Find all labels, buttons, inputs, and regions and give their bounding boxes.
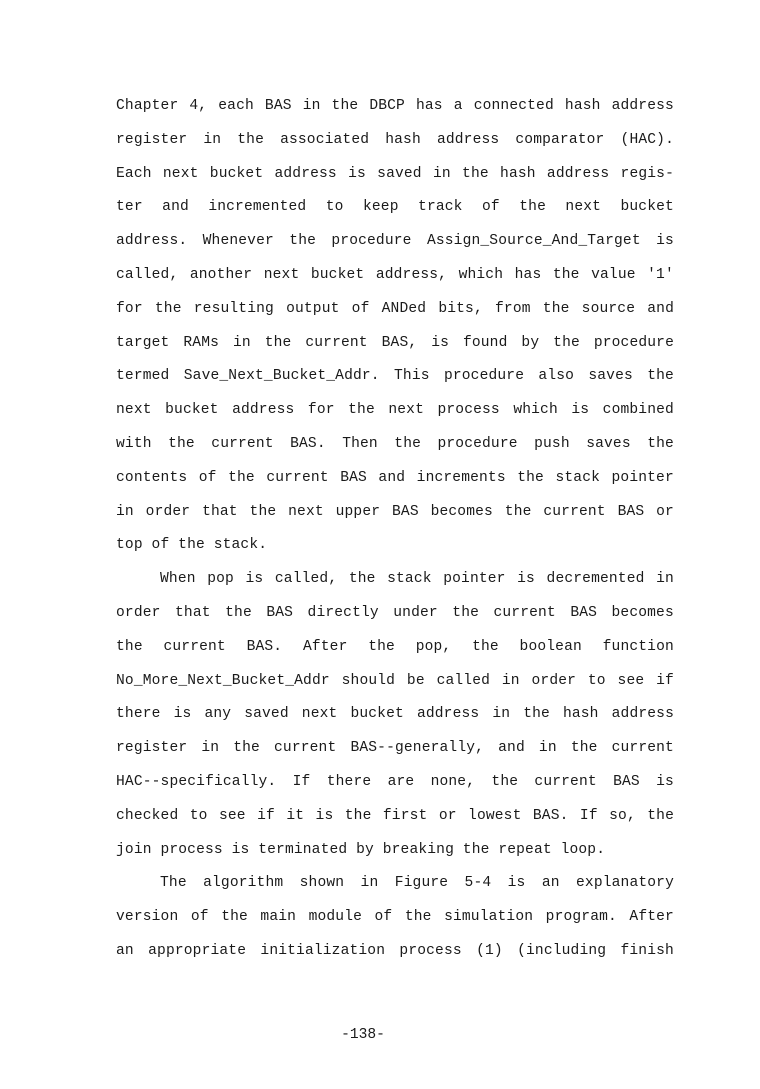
word: decremented <box>547 566 645 600</box>
word: saves <box>588 363 633 397</box>
page-number: -138- <box>0 1027 743 1043</box>
word: 5-4 <box>465 870 492 904</box>
word: Each <box>116 161 152 195</box>
word: resulting <box>194 296 274 330</box>
text-line: address.WhenevertheprocedureAssign_Sourc… <box>116 228 674 262</box>
word: process <box>437 397 499 431</box>
word: If <box>293 769 311 803</box>
word: each <box>218 93 254 127</box>
word: keep <box>363 194 399 228</box>
word: to <box>190 803 208 837</box>
word: of <box>152 532 170 566</box>
word: procedure <box>444 363 524 397</box>
word: the <box>289 228 316 262</box>
word: Whenever <box>203 228 274 262</box>
word: the <box>519 194 546 228</box>
word: function <box>603 634 674 668</box>
word: 4, <box>189 93 207 127</box>
word: becomes <box>612 600 674 634</box>
word: regis- <box>621 161 674 195</box>
word: the <box>233 735 260 769</box>
word: it <box>286 803 304 837</box>
text-line: nextbucketaddressforthenextprocesswhichi… <box>116 397 674 431</box>
word: '1' <box>647 262 674 296</box>
word: has <box>515 262 542 296</box>
word: loop. <box>561 837 606 871</box>
word: stack. <box>214 532 267 566</box>
text-line: called,anothernextbucketaddress,whichhas… <box>116 262 674 296</box>
word: current <box>163 634 225 668</box>
word: current <box>305 330 367 364</box>
document-page: Chapter4,eachBASintheDBCPhasaconnectedha… <box>116 93 674 972</box>
word: saves <box>586 431 631 465</box>
word: the <box>553 330 580 364</box>
text-line: Eachnextbucketaddressissavedinthehashadd… <box>116 161 674 195</box>
word: pointer <box>612 465 674 499</box>
word: BAS, <box>382 330 418 364</box>
word: of <box>199 465 217 499</box>
word: or <box>656 499 674 533</box>
word: there <box>327 769 372 803</box>
word: the <box>228 465 255 499</box>
word: BAS. <box>290 431 326 465</box>
word: an <box>542 870 560 904</box>
word: is <box>316 803 334 837</box>
word: hash <box>500 161 536 195</box>
word: is <box>174 701 192 735</box>
word: and <box>647 296 674 330</box>
word: the <box>345 803 372 837</box>
word: current <box>211 431 273 465</box>
word: is <box>348 161 366 195</box>
word: Then <box>342 431 378 465</box>
word: and <box>378 465 405 499</box>
word: process <box>160 837 222 871</box>
word: the <box>647 803 674 837</box>
word: the <box>332 93 359 127</box>
word: in <box>116 499 134 533</box>
word: hash <box>385 127 421 161</box>
word: current <box>493 600 555 634</box>
text-line: anappropriateinitializationprocess(1)(in… <box>116 938 674 972</box>
text-line: contentsofthecurrentBASandincrementsthes… <box>116 465 674 499</box>
word: top <box>116 532 143 566</box>
word: program. <box>546 904 617 938</box>
word: called <box>437 668 490 702</box>
word: BAS <box>570 600 597 634</box>
word: finish <box>620 938 673 972</box>
word: No_More_Next_Bucket_Addr <box>116 668 330 702</box>
word: a <box>454 93 463 127</box>
word: or <box>439 803 457 837</box>
text-line: withthecurrentBAS.Thentheprocedurepushsa… <box>116 431 674 465</box>
text-line: joinprocessisterminatedbybreakingtherepe… <box>116 837 674 871</box>
word: called, <box>116 262 178 296</box>
word: for <box>308 397 335 431</box>
word: ter <box>116 194 143 228</box>
word: module <box>309 904 362 938</box>
text-line: terandincrementedtokeeptrackofthenextbuc… <box>116 194 674 228</box>
word: the <box>647 363 674 397</box>
word: BAS. <box>533 803 569 837</box>
word: Save_Next_Bucket_Addr. <box>184 363 380 397</box>
word: ANDed <box>382 296 427 330</box>
word: version <box>116 904 178 938</box>
text-line: ThealgorithmshowninFigure5-4isanexplanat… <box>116 870 674 904</box>
word: in <box>233 330 251 364</box>
word: is <box>656 769 674 803</box>
word: register <box>116 735 187 769</box>
word: bucket <box>350 701 403 735</box>
text-line: thereisanysavednextbucketaddressinthehas… <box>116 701 674 735</box>
word: of <box>482 194 500 228</box>
word: algorithm <box>203 870 283 904</box>
word: which <box>459 262 504 296</box>
word: output <box>286 296 339 330</box>
word: of <box>191 904 209 938</box>
word: BAS <box>392 499 419 533</box>
word: main <box>260 904 296 938</box>
word: comparator <box>515 127 604 161</box>
word: current <box>543 499 605 533</box>
word: order <box>116 600 161 634</box>
word: so, <box>609 803 636 837</box>
word: saved <box>244 701 289 735</box>
word: and <box>162 194 189 228</box>
word: the <box>647 431 674 465</box>
text-line: thecurrentBAS.Afterthepop,thebooleanfunc… <box>116 634 674 668</box>
word: hash <box>565 93 601 127</box>
word: (including <box>517 938 606 972</box>
word: When <box>160 566 196 600</box>
word: the <box>405 904 432 938</box>
word: the <box>349 566 376 600</box>
word: bucket <box>620 194 673 228</box>
word: the <box>225 600 252 634</box>
word: address. <box>116 228 187 262</box>
word: Chapter <box>116 93 178 127</box>
word: next <box>388 397 424 431</box>
word: another <box>190 262 252 296</box>
word: the <box>265 330 292 364</box>
word: contents <box>116 465 187 499</box>
word: current <box>612 735 674 769</box>
word: increments <box>417 465 506 499</box>
word: value <box>591 262 636 296</box>
text-line: orderthattheBASdirectlyunderthecurrentBA… <box>116 600 674 634</box>
text-line: registerinthecurrentBAS--generally,andin… <box>116 735 674 769</box>
word: if <box>257 803 275 837</box>
word: If <box>580 803 598 837</box>
word: terminated <box>258 837 347 871</box>
word: procedure <box>437 431 517 465</box>
word: address <box>547 161 609 195</box>
word: order <box>532 668 577 702</box>
word: process <box>399 938 461 972</box>
word: breaking <box>383 837 454 871</box>
word: explanatory <box>576 870 674 904</box>
word: an <box>116 938 134 972</box>
word: that <box>175 600 211 634</box>
word: the <box>462 161 489 195</box>
word: upper <box>336 499 381 533</box>
word: the <box>178 532 205 566</box>
text-line: inorderthatthenextupperBASbecomesthecurr… <box>116 499 674 533</box>
word: current <box>534 769 596 803</box>
word: next <box>565 194 601 228</box>
word: checked <box>116 803 178 837</box>
word: Assign_Source_And_Target <box>427 228 641 262</box>
text-line: registerintheassociatedhashaddresscompar… <box>116 127 674 161</box>
word: the <box>543 296 570 330</box>
word: address <box>437 127 499 161</box>
word: directly <box>308 600 379 634</box>
word: initialization <box>260 938 385 972</box>
word: is <box>571 397 589 431</box>
word: After <box>303 634 348 668</box>
word: BAS--generally, <box>350 735 484 769</box>
word: next <box>116 397 152 431</box>
text-line: Chapter4,eachBASintheDBCPhasaconnectedha… <box>116 93 674 127</box>
word: This <box>394 363 430 397</box>
word: RAMs <box>183 330 219 364</box>
word: the <box>116 634 143 668</box>
word: address <box>232 397 294 431</box>
word: BAS <box>266 600 293 634</box>
word: BAS <box>613 769 640 803</box>
word: of <box>352 296 370 330</box>
word: is <box>656 228 674 262</box>
word: connected <box>474 93 554 127</box>
paragraph: Whenpopiscalled,thestackpointerisdecreme… <box>116 566 674 870</box>
word: from <box>495 296 531 330</box>
word: is <box>246 566 264 600</box>
word: saved <box>377 161 422 195</box>
word: (1) <box>476 938 503 972</box>
word: pop <box>207 566 234 600</box>
text-line: checkedtoseeifitisthefirstorlowestBAS.If… <box>116 803 674 837</box>
word: is <box>517 566 535 600</box>
word: next <box>163 161 199 195</box>
word: should <box>342 668 395 702</box>
word: the <box>491 769 518 803</box>
word: combined <box>603 397 674 431</box>
word: in <box>492 701 510 735</box>
word: in <box>433 161 451 195</box>
word: bucket <box>210 161 263 195</box>
word: see <box>219 803 246 837</box>
word: the <box>155 296 182 330</box>
word: in <box>303 93 321 127</box>
word: in <box>539 735 557 769</box>
text-line: fortheresultingoutputofANDedbits,fromthe… <box>116 296 674 330</box>
word: address <box>612 701 674 735</box>
word: push <box>534 431 570 465</box>
word: by <box>356 837 374 871</box>
word: source <box>582 296 635 330</box>
text-line: Whenpopiscalled,thestackpointerisdecreme… <box>116 566 674 600</box>
word: there <box>116 701 161 735</box>
word: BAS <box>618 499 645 533</box>
word: boolean <box>520 634 582 668</box>
word: is <box>508 870 526 904</box>
word: becomes <box>431 499 493 533</box>
word: the <box>452 600 479 634</box>
word: see <box>618 668 645 702</box>
word: the <box>463 837 490 871</box>
word: current <box>266 465 328 499</box>
word: bucket <box>311 262 364 296</box>
paragraph: ThealgorithmshowninFigure5-4isanexplanat… <box>116 870 674 971</box>
word: to <box>588 668 606 702</box>
word: register <box>116 127 187 161</box>
word: termed <box>116 363 169 397</box>
word: pointer <box>443 566 505 600</box>
word: incremented <box>208 194 306 228</box>
word: next <box>264 262 300 296</box>
word: the <box>348 397 375 431</box>
word: called, <box>275 566 337 600</box>
word: bits, <box>438 296 483 330</box>
word: with <box>116 431 152 465</box>
text-line: termedSave_Next_Bucket_Addr.Thisprocedur… <box>116 363 674 397</box>
word: is <box>232 837 250 871</box>
word: the <box>394 431 421 465</box>
word: simulation <box>444 904 533 938</box>
word: appropriate <box>148 938 246 972</box>
word: lowest <box>468 803 521 837</box>
word: next <box>288 499 324 533</box>
word: Figure <box>395 870 448 904</box>
word: stack <box>387 566 432 600</box>
word: for <box>116 296 143 330</box>
word: the <box>250 499 277 533</box>
word: the <box>168 431 195 465</box>
word: repeat <box>498 837 551 871</box>
word: bucket <box>165 397 218 431</box>
word: in <box>361 870 379 904</box>
word: the <box>472 634 499 668</box>
word: target <box>116 330 169 364</box>
word: that <box>202 499 238 533</box>
word: in <box>203 127 221 161</box>
word: the <box>368 634 395 668</box>
word: if <box>656 668 674 702</box>
word: be <box>407 668 425 702</box>
word: associated <box>280 127 369 161</box>
word: join <box>116 837 152 871</box>
word: the <box>505 499 532 533</box>
word: track <box>418 194 463 228</box>
word: address <box>612 93 674 127</box>
word: The <box>160 870 187 904</box>
word: found <box>463 330 508 364</box>
text-line: targetRAMsinthecurrentBAS,isfoundbythepr… <box>116 330 674 364</box>
text-line: versionofthemainmoduleofthesimulationpro… <box>116 904 674 938</box>
word: shown <box>300 870 345 904</box>
text-line: No_More_Next_Bucket_Addrshouldbecalledin… <box>116 668 674 702</box>
word: order <box>146 499 191 533</box>
word: After <box>629 904 674 938</box>
word: HAC--specifically. <box>116 769 276 803</box>
word: by <box>521 330 539 364</box>
word: none, <box>431 769 476 803</box>
word: the <box>237 127 264 161</box>
paragraph: Chapter4,eachBASintheDBCPhasaconnectedha… <box>116 93 674 566</box>
word: (HAC). <box>621 127 674 161</box>
word: address, <box>376 262 447 296</box>
word: the <box>523 701 550 735</box>
word: any <box>204 701 231 735</box>
word: BAS <box>265 93 292 127</box>
word: which <box>513 397 558 431</box>
word: current <box>274 735 336 769</box>
word: next <box>302 701 338 735</box>
word: and <box>498 735 525 769</box>
word: are <box>388 769 415 803</box>
word: is <box>431 330 449 364</box>
text-line: HAC--specifically.Iftherearenone,thecurr… <box>116 769 674 803</box>
word: of <box>375 904 393 938</box>
word: stack <box>555 465 600 499</box>
word: in <box>502 668 520 702</box>
word: to <box>326 194 344 228</box>
word: address <box>274 161 336 195</box>
word: first <box>383 803 428 837</box>
word: procedure <box>594 330 674 364</box>
word: the <box>571 735 598 769</box>
word: procedure <box>331 228 411 262</box>
word: the <box>553 262 580 296</box>
word: under <box>393 600 438 634</box>
word: in <box>656 566 674 600</box>
word: BAS <box>340 465 367 499</box>
word: the <box>221 904 248 938</box>
word: the <box>517 465 544 499</box>
text-line: topofthestack. <box>116 532 674 566</box>
word: has <box>416 93 443 127</box>
word: in <box>201 735 219 769</box>
word: also <box>538 363 574 397</box>
word: pop, <box>416 634 452 668</box>
word: BAS. <box>247 634 283 668</box>
word: hash <box>563 701 599 735</box>
word: DBCP <box>369 93 405 127</box>
word: address <box>417 701 479 735</box>
